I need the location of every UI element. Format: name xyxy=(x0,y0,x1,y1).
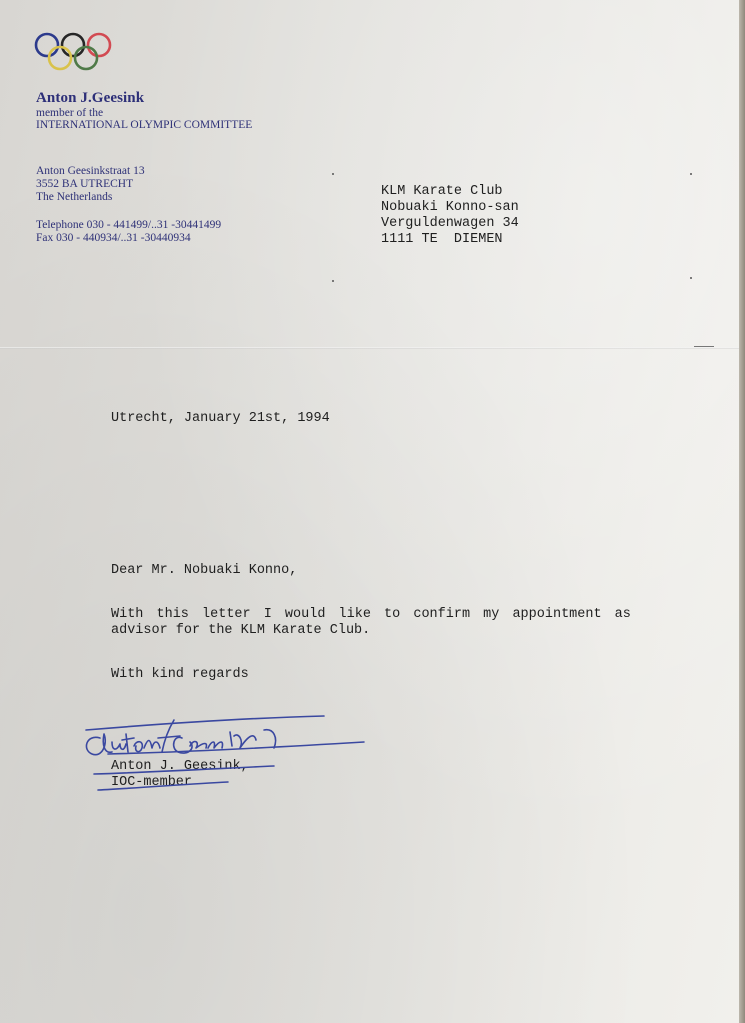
letterhead-name: Anton J.Geesink xyxy=(36,90,144,107)
closing: With kind regards xyxy=(111,667,249,683)
recipient-line: 1111 TE DIEMEN xyxy=(381,232,519,248)
ring-red xyxy=(88,34,110,56)
address-line: The Netherlands xyxy=(36,191,145,204)
member-line: member of the xyxy=(36,107,252,119)
sender-address: Anton Geesinkstraat 13 3552 BA UTRECHT T… xyxy=(36,165,145,204)
letter-date: Utrecht, January 21st, 1994 xyxy=(111,411,330,427)
body-line: With this letter I would like to confirm… xyxy=(111,607,631,623)
letterhead-affiliation: member of the INTERNATIONAL OLYMPIC COMM… xyxy=(36,107,252,131)
ring-green xyxy=(75,47,97,69)
recipient-line: Nobuaki Konno-san xyxy=(381,200,519,216)
letter-paper: Anton J.Geesink member of the INTERNATIO… xyxy=(0,0,739,1023)
window-mark xyxy=(332,280,334,282)
address-line: Anton Geesinkstraat 13 xyxy=(36,165,145,178)
telephone: Telephone 030 - 441499/..31 -30441499 xyxy=(36,219,221,232)
recipient-address: KLM Karate ClubNobuaki Konno-sanVergulde… xyxy=(381,184,519,248)
paper-edge xyxy=(739,0,745,1023)
window-mark xyxy=(690,277,692,279)
salutation: Dear Mr. Nobuaki Konno, xyxy=(111,563,297,579)
handwritten-signature xyxy=(78,708,378,798)
address-line: 3552 BA UTRECHT xyxy=(36,178,145,191)
recipient-line: KLM Karate Club xyxy=(381,184,519,200)
body-line: advisor for the KLM Karate Club. xyxy=(111,623,631,639)
window-mark xyxy=(332,173,334,175)
fold-line xyxy=(0,347,739,349)
window-mark xyxy=(690,173,692,175)
fax: Fax 030 - 440934/..31 -30440934 xyxy=(36,232,221,245)
ring-blue xyxy=(36,34,58,56)
letter-body: With this letter I would like to confirm… xyxy=(111,607,631,639)
recipient-line: Verguldenwagen 34 xyxy=(381,216,519,232)
ring-black xyxy=(62,34,84,56)
organization: INTERNATIONAL OLYMPIC COMMITTEE xyxy=(36,119,252,131)
sender-contact: Telephone 030 - 441499/..31 -30441499 Fa… xyxy=(36,219,221,245)
ring-yellow xyxy=(49,47,71,69)
fold-mark xyxy=(694,346,714,347)
olympic-rings-icon xyxy=(33,31,113,73)
